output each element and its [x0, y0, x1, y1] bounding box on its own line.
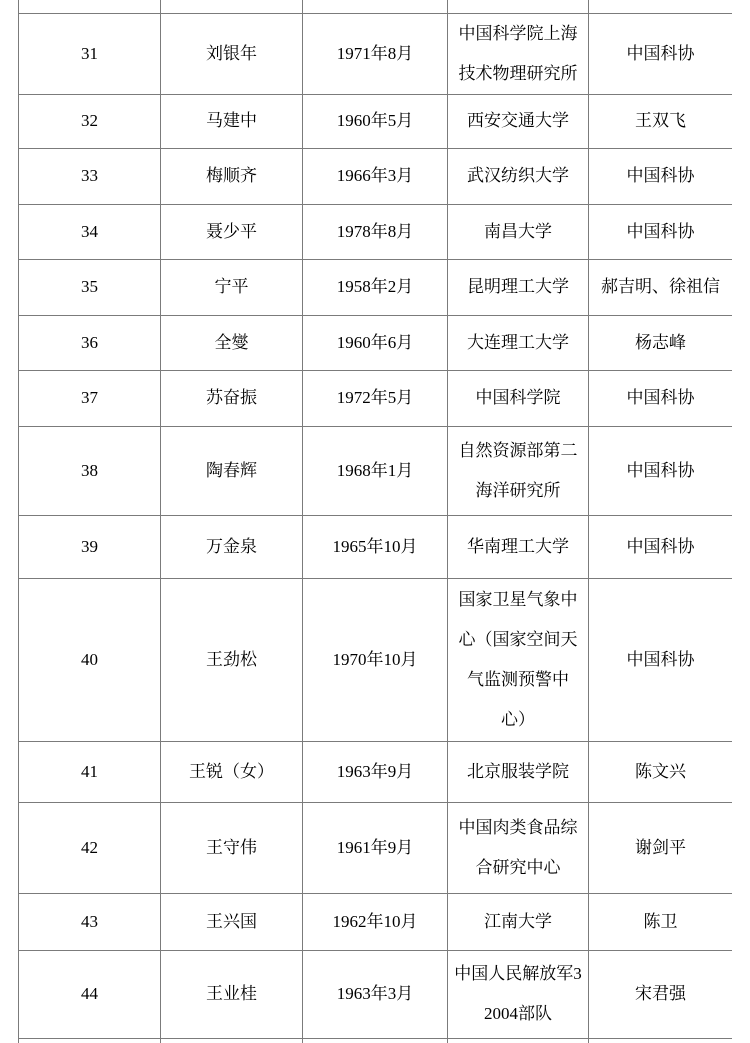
- name-cell: 王锐（女）: [161, 741, 303, 802]
- row-number-cell: 41: [19, 741, 161, 802]
- name-cell: 王守伟: [161, 802, 303, 893]
- table-row: 37 苏奋振 1972年5月 中国科学院 中国科协: [19, 370, 733, 426]
- work-unit-cell: 国家卫星气象中 心（国家空间天 气监测预警中 心）: [448, 578, 589, 741]
- table-row: 32 马建中 1960年5月 西安交通大学 王双飞: [19, 94, 733, 148]
- name-cell: 王业桂: [161, 950, 303, 1038]
- row-number-cell: 42: [19, 802, 161, 893]
- name-cell: 宁平: [161, 259, 303, 315]
- row-number-cell: 32: [19, 94, 161, 148]
- document-page: 31 刘银年 1971年8月 中国科学院上海 技术物理研究所 中国科协 32 马…: [0, 0, 750, 1043]
- recommender-cell: 中国科协: [589, 515, 733, 578]
- work-unit-cell: 中国人民解放军3 2004部队: [448, 950, 589, 1038]
- recommender-cell: 王双飞: [589, 94, 733, 148]
- birth-date-cell: 1970年10月: [303, 578, 448, 741]
- birth-date-cell: 1961年9月: [303, 802, 448, 893]
- recommender-cell: 中国科协: [589, 426, 733, 515]
- recommender-cell: 杨志峰: [589, 315, 733, 370]
- recommender-cell: 郝吉明、徐祖信: [589, 259, 733, 315]
- partial-row-top: [19, 0, 733, 13]
- table-row: 36 全燮 1960年6月 大连理工大学 杨志峰: [19, 315, 733, 370]
- row-number-cell: 37: [19, 370, 161, 426]
- recommender-cell: 陈卫: [589, 893, 733, 950]
- birth-date-cell: 1962年10月: [303, 893, 448, 950]
- work-unit-cell: 西安交通大学: [448, 94, 589, 148]
- work-unit-cell: 昆明理工大学: [448, 259, 589, 315]
- table-row: 43 王兴国 1962年10月 江南大学 陈卫: [19, 893, 733, 950]
- table-row: 34 聂少平 1978年8月 南昌大学 中国科协: [19, 204, 733, 259]
- row-number-cell: 31: [19, 13, 161, 94]
- recommender-cell: 陈文兴: [589, 741, 733, 802]
- empty-cell: [448, 1038, 589, 1043]
- recommender-cell: 中国科协: [589, 13, 733, 94]
- table-row: 35 宁平 1958年2月 昆明理工大学 郝吉明、徐祖信: [19, 259, 733, 315]
- work-unit-cell: 中国科学院: [448, 370, 589, 426]
- work-unit-cell: 江南大学: [448, 893, 589, 950]
- name-cell: 刘银年: [161, 13, 303, 94]
- name-cell: 万金泉: [161, 515, 303, 578]
- empty-cell: [589, 1038, 733, 1043]
- birth-date-cell: 1963年3月: [303, 950, 448, 1038]
- name-cell: 苏奋振: [161, 370, 303, 426]
- empty-cell: [303, 0, 448, 13]
- work-unit-cell: 中国科学院上海 技术物理研究所: [448, 13, 589, 94]
- birth-date-cell: 1960年5月: [303, 94, 448, 148]
- name-cell: 马建中: [161, 94, 303, 148]
- nominees-table: 31 刘银年 1971年8月 中国科学院上海 技术物理研究所 中国科协 32 马…: [18, 0, 732, 1043]
- empty-cell: [19, 0, 161, 13]
- birth-date-cell: 1963年9月: [303, 741, 448, 802]
- empty-cell: [448, 0, 589, 13]
- name-cell: 王劲松: [161, 578, 303, 741]
- work-unit-cell: 武汉纺织大学: [448, 148, 589, 204]
- table-row: 41 王锐（女） 1963年9月 北京服装学院 陈文兴: [19, 741, 733, 802]
- recommender-cell: 谢剑平: [589, 802, 733, 893]
- table-row: 31 刘银年 1971年8月 中国科学院上海 技术物理研究所 中国科协: [19, 13, 733, 94]
- row-number-cell: 36: [19, 315, 161, 370]
- row-number-cell: 35: [19, 259, 161, 315]
- row-number-cell: 38: [19, 426, 161, 515]
- work-unit-cell: 南昌大学: [448, 204, 589, 259]
- name-cell: 聂少平: [161, 204, 303, 259]
- empty-cell: [303, 1038, 448, 1043]
- name-cell: 全燮: [161, 315, 303, 370]
- table-row: 42 王守伟 1961年9月 中国肉类食品综 合研究中心 谢剑平: [19, 802, 733, 893]
- name-cell: 梅顺齐: [161, 148, 303, 204]
- name-cell: 陶春辉: [161, 426, 303, 515]
- row-number-cell: 39: [19, 515, 161, 578]
- work-unit-cell: 华南理工大学: [448, 515, 589, 578]
- birth-date-cell: 1978年8月: [303, 204, 448, 259]
- work-unit-cell: 中国肉类食品综 合研究中心: [448, 802, 589, 893]
- work-unit-cell: 自然资源部第二 海洋研究所: [448, 426, 589, 515]
- table-row: 33 梅顺齐 1966年3月 武汉纺织大学 中国科协: [19, 148, 733, 204]
- birth-date-cell: 1972年5月: [303, 370, 448, 426]
- work-unit-cell: 北京服装学院: [448, 741, 589, 802]
- empty-cell: [161, 0, 303, 13]
- birth-date-cell: 1960年6月: [303, 315, 448, 370]
- recommender-cell: 中国科协: [589, 148, 733, 204]
- empty-cell: [161, 1038, 303, 1043]
- recommender-cell: 中国科协: [589, 204, 733, 259]
- empty-cell: [589, 0, 733, 13]
- name-cell: 王兴国: [161, 893, 303, 950]
- birth-date-cell: 1966年3月: [303, 148, 448, 204]
- birth-date-cell: 1965年10月: [303, 515, 448, 578]
- row-number-cell: 33: [19, 148, 161, 204]
- row-number-cell: 34: [19, 204, 161, 259]
- recommender-cell: 中国科协: [589, 370, 733, 426]
- birth-date-cell: 1958年2月: [303, 259, 448, 315]
- row-number-cell: 40: [19, 578, 161, 741]
- birth-date-cell: 1971年8月: [303, 13, 448, 94]
- table-row: 38 陶春辉 1968年1月 自然资源部第二 海洋研究所 中国科协: [19, 426, 733, 515]
- table-row: 40 王劲松 1970年10月 国家卫星气象中 心（国家空间天 气监测预警中 心…: [19, 578, 733, 741]
- partial-row-bottom: [19, 1038, 733, 1043]
- recommender-cell: 宋君强: [589, 950, 733, 1038]
- row-number-cell: 44: [19, 950, 161, 1038]
- row-number-cell: 43: [19, 893, 161, 950]
- birth-date-cell: 1968年1月: [303, 426, 448, 515]
- table-row: 44 王业桂 1963年3月 中国人民解放军3 2004部队 宋君强: [19, 950, 733, 1038]
- work-unit-cell: 大连理工大学: [448, 315, 589, 370]
- recommender-cell: 中国科协: [589, 578, 733, 741]
- table-row: 39 万金泉 1965年10月 华南理工大学 中国科协: [19, 515, 733, 578]
- empty-cell: [19, 1038, 161, 1043]
- nominees-table-container: 31 刘银年 1971年8月 中国科学院上海 技术物理研究所 中国科协 32 马…: [18, 0, 732, 1043]
